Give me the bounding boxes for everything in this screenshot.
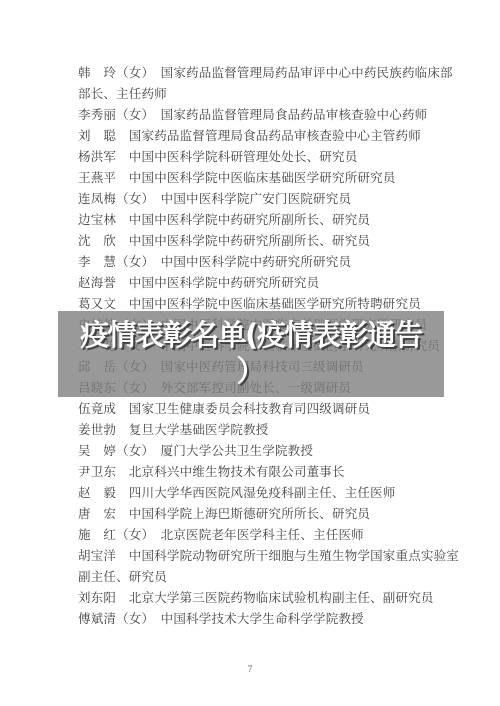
document-line: 姜世勃 复旦大学基础医学院教授 [78, 420, 438, 441]
watermark-banner: 疫情表彰名单(疫情表彰通告 ） [58, 311, 444, 397]
document-line: 刘 聪 国家药品监督管理局食品药品审核查验中心主管药师 [78, 126, 438, 147]
document-line: 杨洪军 中国中医科学院科研管理处处长、研究员 [78, 147, 438, 168]
document-line: 刘东阳 北京大学第三医院药物临床试验机构副主任、副研究员 [78, 588, 438, 609]
document-line: 沈 欣 中国中医科学院中药研究所副所长、研究员 [78, 231, 438, 252]
document-line: 赵海誉 中国中医科学院中药研究所研究员 [78, 273, 438, 294]
document-line: 伍竟成 国家卫生健康委员会科技教育司四级调研员 [78, 399, 438, 420]
document-line: 尹卫东 北京科兴中维生物技术有限公司董事长 [78, 462, 438, 483]
document-line: 连凤梅（女） 中国中医科学院广安门医院研究员 [78, 189, 438, 210]
document-line: 李 慧（女） 中国中医科学院中药研究所研究员 [78, 252, 438, 273]
watermark-banner-text-line1: 疫情表彰名单(疫情表彰通告 [58, 317, 444, 353]
document-page: 韩 玲（女） 国家药品监督管理局药品审评中心中药民族药临床部部长、主任药师李秀丽… [0, 0, 500, 706]
document-line: 施 红（女） 北京医院老年医学科主任、主任医师 [78, 525, 438, 546]
document-line: 韩 玲（女） 国家药品监督管理局药品审评中心中药民族药临床部 [78, 63, 438, 84]
document-line: 李秀丽（女） 国家药品监督管理局食品药品审核查验中心药师 [78, 105, 438, 126]
document-line: 吴 婷（女） 厦门大学公共卫生学院教授 [78, 441, 438, 462]
document-line: 边宝林 中国中医科学院中药研究所副所长、研究员 [78, 210, 438, 231]
watermark-banner-text-line2: ） [58, 353, 444, 389]
document-line: 副主任、研究员 [78, 567, 438, 588]
document-line: 王燕平 中国中医科学院中医临床基础医学研究所研究员 [78, 168, 438, 189]
document-line: 唐 宏 中国科学院上海巴斯德研究所所长、研究员 [78, 504, 438, 525]
document-line: 赵 毅 四川大学华西医院风湿免疫科副主任、主任医师 [78, 483, 438, 504]
page-number: 7 [0, 664, 500, 674]
document-line: 胡宝洋 中国科学院动物研究所干细胞与生殖生物学国家重点实验室 [78, 546, 438, 567]
document-line: 傅斌清（女） 中国科学技术大学生命科学学院教授 [78, 609, 438, 630]
document-line: 部长、主任药师 [78, 84, 438, 105]
